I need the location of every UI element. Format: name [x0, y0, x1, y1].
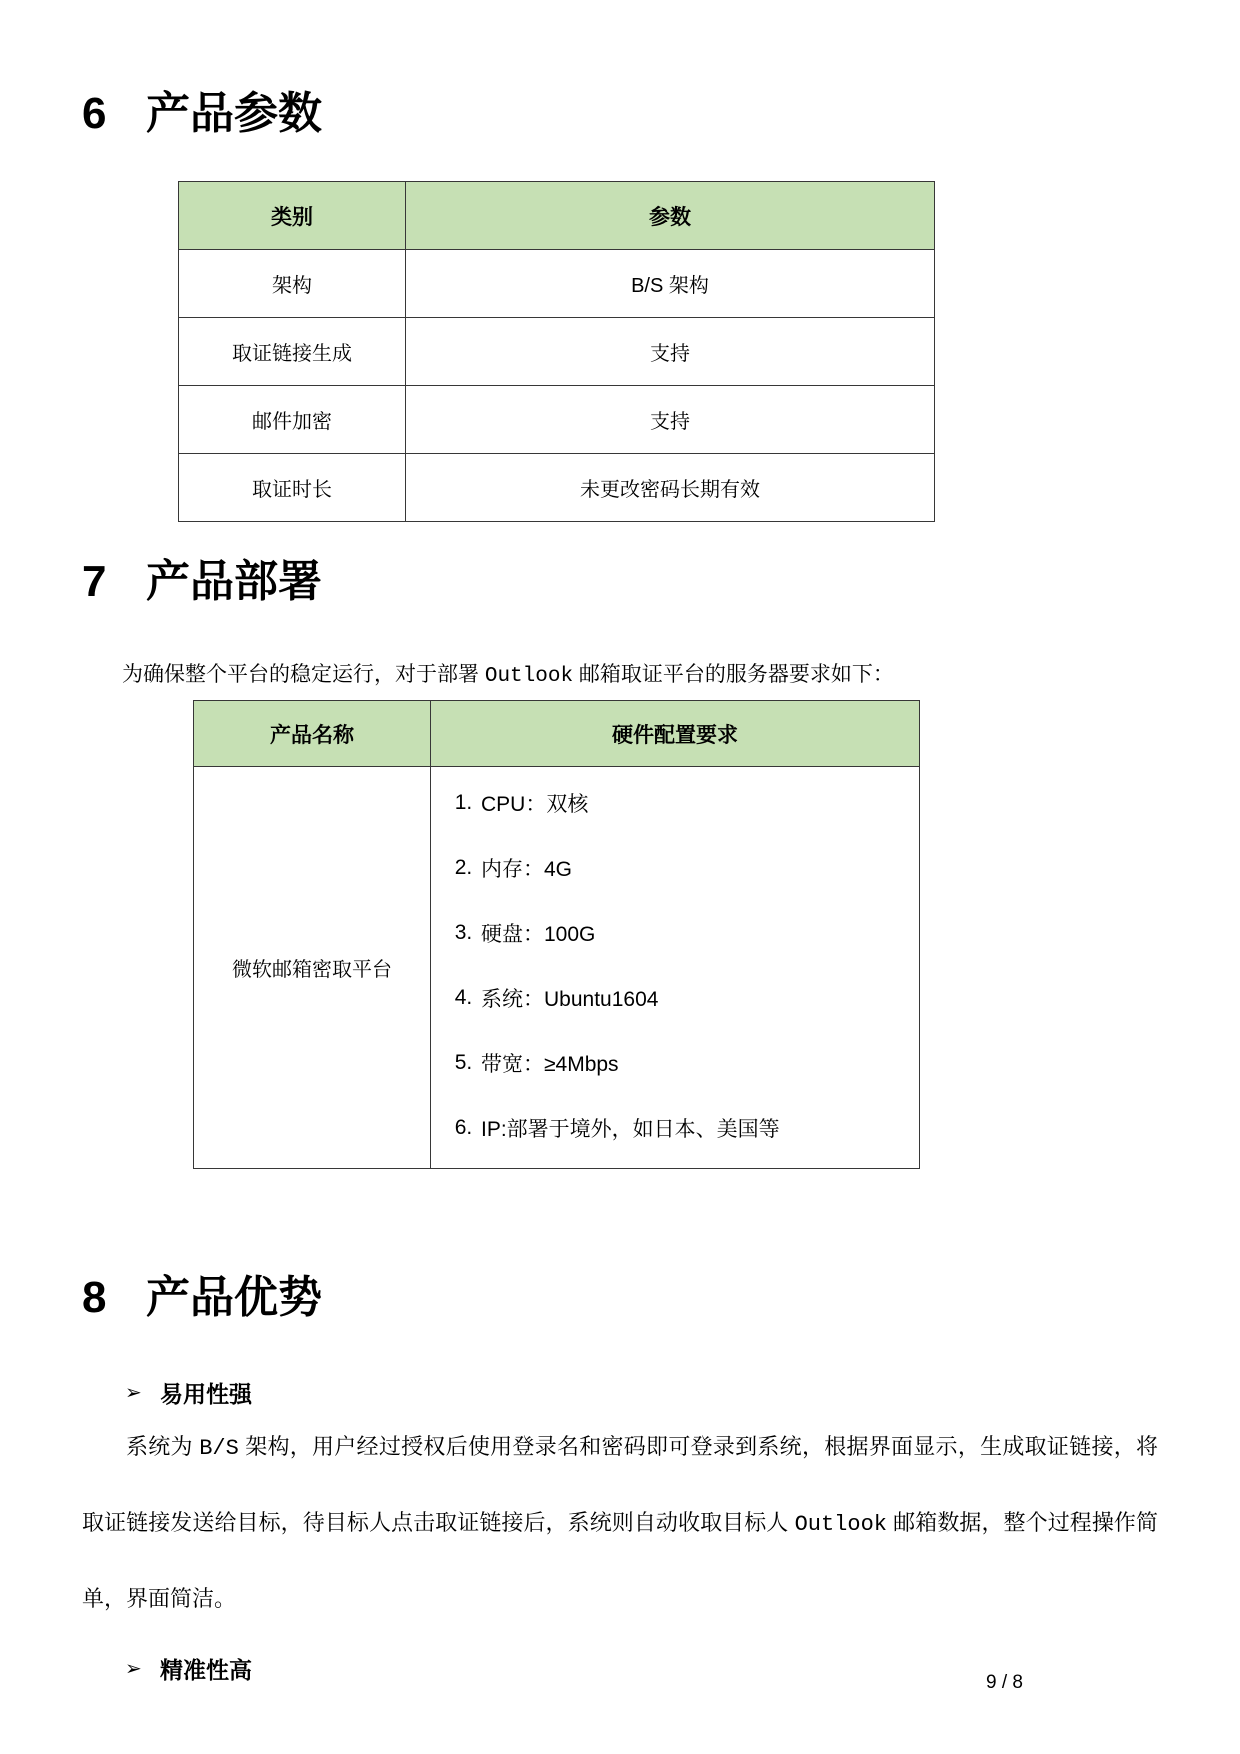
requirement-text: 系统：Ubuntu1604: [481, 983, 658, 1013]
section-8-heading: 8 产品优势: [82, 1272, 322, 1325]
advantage-accuracy: ➢ 精准性高: [125, 1652, 252, 1685]
deployment-requirements-table: 产品名称 硬件配置要求 微软邮箱密取平台 1. CPU：双核 2. 内存：4G: [193, 700, 920, 1169]
requirement-number: 4.: [446, 986, 481, 1010]
section-7-title: 产品部署: [146, 556, 322, 609]
section-8-title: 产品优势: [146, 1272, 322, 1325]
requirement-text: 内存：4G: [481, 853, 572, 883]
requirement-text: 硬盘：100G: [481, 918, 595, 948]
category-cell: 邮件加密: [179, 386, 406, 454]
document-page: 6 产品参数 类别 参数 架构 B/S 架构 取证链接生成 支持 邮件加密 支持: [0, 0, 1240, 1754]
requirement-number: 2.: [446, 856, 481, 880]
arrow-bullet-icon: ➢: [125, 1656, 160, 1681]
intro-text-pre: 为确保整个平台的稳定运行，对于部署: [122, 663, 485, 686]
product-parameters-table: 类别 参数 架构 B/S 架构 取证链接生成 支持 邮件加密 支持 取证时长 未…: [178, 181, 935, 522]
advantage-ease-of-use: ➢ 易用性强: [125, 1376, 252, 1409]
requirement-item: 2. 内存：4G: [446, 835, 913, 900]
column-header-parameter: 参数: [406, 182, 935, 250]
requirement-number: 1.: [446, 791, 481, 815]
section-7-heading: 7 产品部署: [82, 556, 322, 609]
category-cell: 取证链接生成: [179, 318, 406, 386]
requirement-number: 3.: [446, 921, 481, 945]
para-outlook-text: Outlook: [795, 1512, 887, 1537]
deployment-intro-paragraph: 为确保整个平台的稳定运行，对于部署 Outlook 邮箱取证平台的服务器要求如下…: [122, 658, 894, 688]
page-number: 9 / 8: [986, 1672, 1023, 1694]
section-8-number: 8: [82, 1272, 146, 1325]
section-6-title: 产品参数: [146, 88, 322, 141]
requirement-text: IP:部署于境外，如日本、美国等: [481, 1113, 780, 1143]
advantage-label: 精准性高: [160, 1652, 252, 1685]
para-seg1: 系统为: [126, 1434, 199, 1459]
parameter-cell: 未更改密码长期有效: [406, 454, 935, 522]
column-header-hardware-config: 硬件配置要求: [431, 701, 920, 767]
requirement-item: 5. 带宽：≥4Mbps: [446, 1030, 913, 1095]
parameter-cell: 支持: [406, 386, 935, 454]
requirement-text: CPU：双核: [481, 788, 588, 818]
table-row: 取证时长 未更改密码长期有效: [179, 454, 935, 522]
requirement-number: 6.: [446, 1116, 481, 1140]
requirement-item: 4. 系统：Ubuntu1604: [446, 965, 913, 1030]
table-row: 架构 B/S 架构: [179, 250, 935, 318]
requirement-item: 1. CPU：双核: [446, 770, 913, 835]
intro-text-outlook: Outlook: [485, 665, 573, 688]
arrow-bullet-icon: ➢: [125, 1380, 160, 1405]
table-row: 取证链接生成 支持: [179, 318, 935, 386]
table-row: 邮件加密 支持: [179, 386, 935, 454]
category-cell: 架构: [179, 250, 406, 318]
requirement-text: 带宽：≥4Mbps: [481, 1048, 619, 1078]
parameter-cell: B/S 架构: [406, 250, 935, 318]
requirement-item: 6. IP:部署于境外，如日本、美国等: [446, 1095, 913, 1160]
table-header-row: 类别 参数: [179, 182, 935, 250]
para-bs-text: B/S: [199, 1436, 239, 1461]
category-cell: 取证时长: [179, 454, 406, 522]
ease-of-use-paragraph: 系统为 B/S 架构，用户经过授权后使用登录名和密码即可登录到系统，根据界面显示…: [82, 1410, 1158, 1636]
requirement-item: 3. 硬盘：100G: [446, 900, 913, 965]
hardware-requirements-cell: 1. CPU：双核 2. 内存：4G 3. 硬盘：100G 4. 系统：Ubun…: [431, 767, 920, 1169]
requirement-number: 5.: [446, 1051, 481, 1075]
section-6-number: 6: [82, 88, 146, 141]
column-header-product-name: 产品名称: [194, 701, 431, 767]
section-7-number: 7: [82, 556, 146, 609]
parameter-cell: 支持: [406, 318, 935, 386]
intro-text-post: 邮箱取证平台的服务器要求如下：: [573, 663, 894, 686]
column-header-category: 类别: [179, 182, 406, 250]
product-name-cell: 微软邮箱密取平台: [194, 767, 431, 1169]
section-6-heading: 6 产品参数: [82, 88, 322, 141]
table-row: 微软邮箱密取平台 1. CPU：双核 2. 内存：4G 3. 硬盘：100G: [194, 767, 920, 1169]
advantage-label: 易用性强: [160, 1376, 252, 1409]
table-header-row: 产品名称 硬件配置要求: [194, 701, 920, 767]
